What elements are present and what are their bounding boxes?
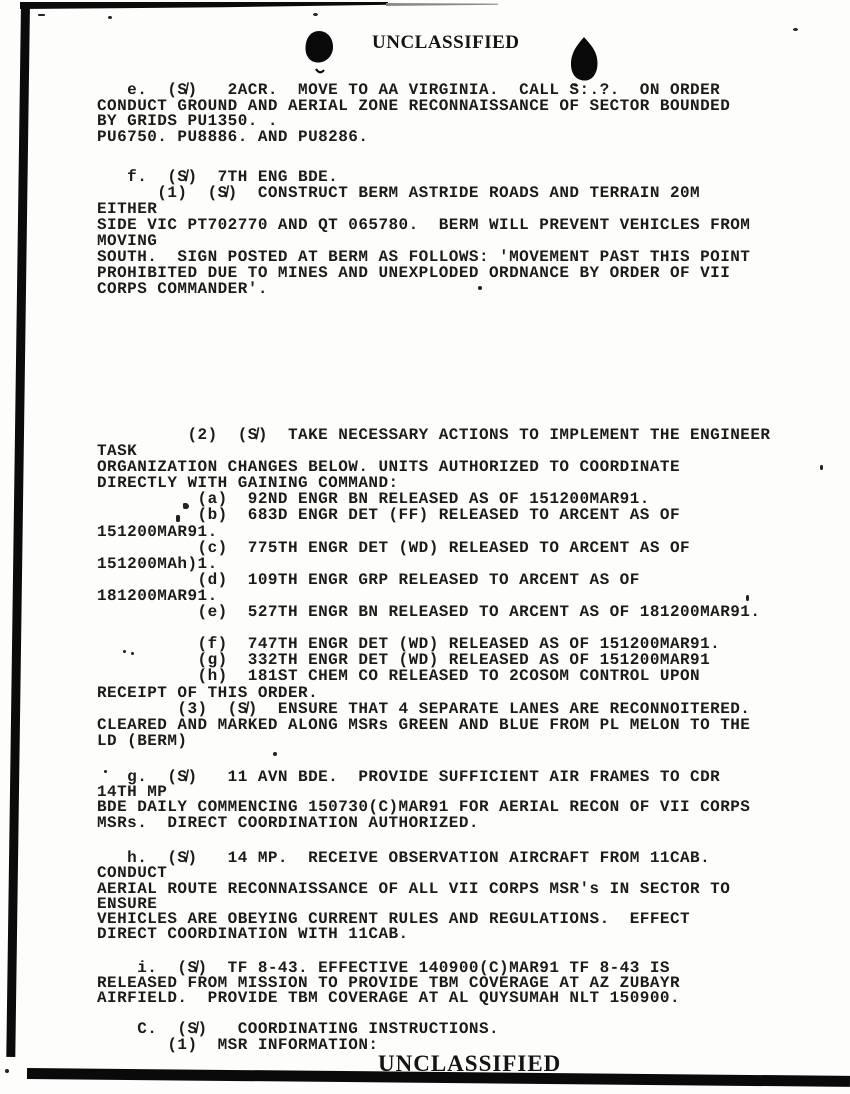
scan-speck [176,515,180,522]
scan-speck [273,752,277,756]
scan-speck [123,650,126,653]
ink-blot-left-icon [304,31,336,77]
scan-edge-left [6,3,30,1057]
footer-classification-label: UNCLASSIFIED [378,1051,561,1077]
header-classification-label: UNCLASSIFIED [372,32,519,54]
scan-speck [478,286,482,290]
scan-speck [108,905,111,908]
scan-speck [108,16,112,19]
scan-speck [104,770,107,773]
scan-speck [131,652,134,655]
scan-speck [820,465,823,470]
paragraph-2-engineer-task-org: (2) (S̸) TAKE NECESSARY ACTIONS TO IMPLE… [97,427,807,749]
scan-speck [5,1069,9,1073]
paragraph-i-tf-8-43: i. (S̸) TF 8-43. EFFECTIVE 140900(C)MAR9… [97,961,807,1007]
scan-speck [183,503,189,509]
scan-speck [746,595,749,601]
scan-speck [793,28,798,31]
paragraph-c-coordinating-instructions: C. (S̸) COORDINATING INSTRUCTIONS. (1) M… [97,1022,807,1054]
paragraph-g-11-avn-bde: g. (S̸) 11 AVN BDE. PROVIDE SUFFICIENT A… [97,770,807,831]
paragraph-h-14-mp: h. (S̸) 14 MP. RECEIVE OBSERVATION AIRCR… [97,851,807,943]
scan-edge-top [20,2,388,9]
scanned-document-page: UNCLASSIFIED e. (S̸) 2ACR. MOVE TO AA VI… [0,0,850,1094]
scan-edge-top-faint [386,3,498,6]
paragraph-e-2acr: e. (S̸) 2ACR. MOVE TO AA VIRGINIA. CALL … [97,83,807,146]
paragraph-f-7th-eng-bde: f. (S̸) 7TH ENG BDE. (1) (S̸) CONSTRUCT … [97,169,807,297]
scan-speck [313,13,318,16]
scan-speck [38,14,45,16]
